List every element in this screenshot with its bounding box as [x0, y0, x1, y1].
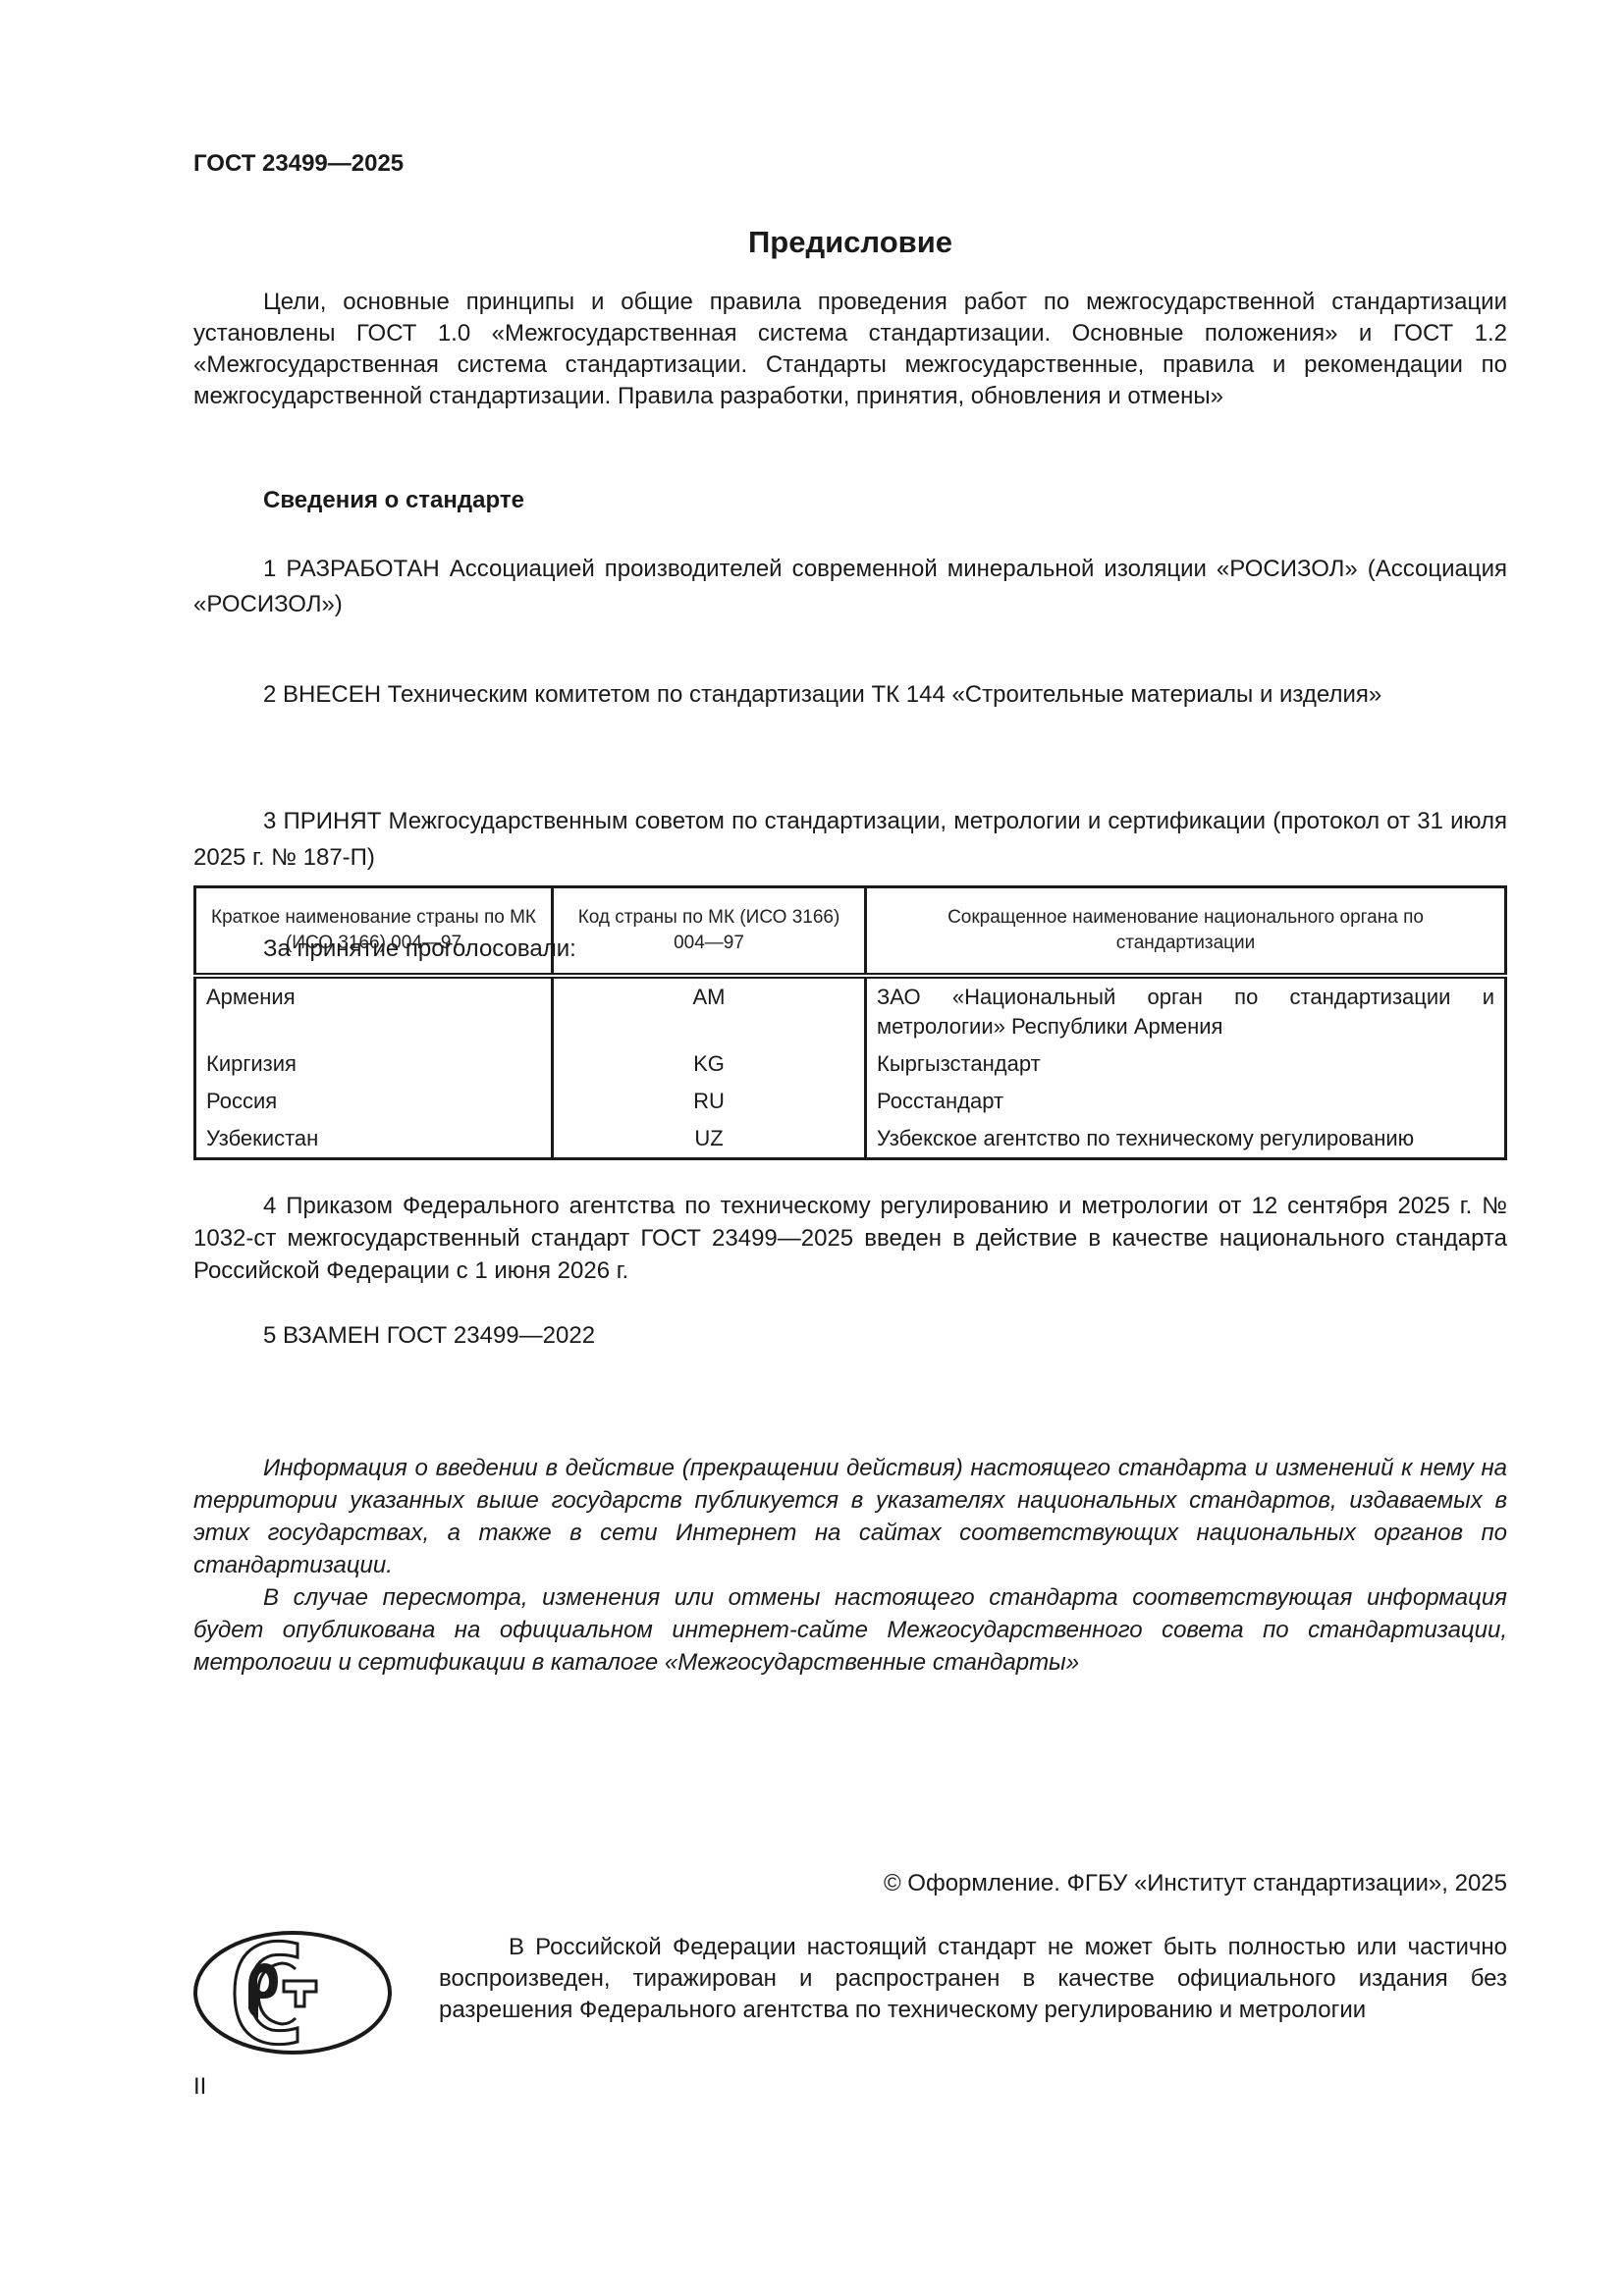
cell-country: Россия — [195, 1083, 553, 1120]
table-row: Россия RU Росстандарт — [195, 1083, 1506, 1120]
table-row: Киргизия KG Кыргызстандарт — [195, 1045, 1506, 1083]
cell-code: RU — [553, 1083, 866, 1120]
cell-country: Узбекистан — [195, 1120, 553, 1159]
info-item-developed: 1 РАЗРАБОТАН Ассоциацией производителей … — [193, 552, 1507, 622]
column-header-country: Краткое наименование страны по МК (ИСО 3… — [195, 887, 553, 977]
cell-code: UZ — [553, 1120, 866, 1159]
reproduction-rights-notice: В Российской Федерации настоящий стандар… — [439, 1932, 1507, 2026]
info-notice-paragraph: Информация о введении в действие (прекра… — [193, 1452, 1507, 1581]
rst-certification-mark-icon — [193, 1930, 392, 2056]
page-number: II — [193, 2071, 206, 2103]
cell-code: AM — [553, 976, 866, 1045]
table-row: Узбекистан UZ Узбекское агентство по тех… — [195, 1120, 1506, 1159]
column-header-code: Код страны по МК (ИСО 3166) 004—97 — [553, 887, 866, 977]
table-header-row: Краткое наименование страны по МК (ИСО 3… — [195, 887, 1506, 977]
cell-body: Кыргызстандарт — [866, 1045, 1506, 1083]
document-code-header: ГОСТ 23499—2025 — [193, 149, 1507, 179]
info-item-enacted: 4 Приказом Федерального агентства по тех… — [193, 1190, 1507, 1287]
voting-countries-table: Краткое наименование страны по МК (ИСО 3… — [193, 885, 1507, 1160]
info-item-submitted: 2 ВНЕСЕН Техническим комитетом по станда… — [193, 677, 1507, 713]
cell-body: ЗАО «Национальный орган по стандартизаци… — [866, 976, 1506, 1045]
cell-country: Киргизия — [195, 1045, 553, 1083]
page-title: Предисловие — [193, 224, 1507, 261]
copyright-notice: © Оформление. ФГБУ «Институт стандартиза… — [193, 1868, 1507, 1899]
info-item-adopted: 3 ПРИНЯТ Межгосударственным советом по с… — [193, 803, 1507, 876]
revision-notice-paragraph: В случае пересмотра, изменения или отмен… — [193, 1581, 1507, 1679]
table-row: Армения AM ЗАО «Национальный орган по ст… — [195, 976, 1506, 1045]
cell-body: Росстандарт — [866, 1083, 1506, 1120]
intro-paragraph: Цели, основные принципы и общие правила … — [193, 287, 1507, 412]
cell-code: KG — [553, 1045, 866, 1083]
section-heading: Сведения о стандарте — [193, 485, 1507, 516]
cell-country: Армения — [195, 976, 553, 1045]
cell-body: Узбекское агентство по техническому регу… — [866, 1120, 1506, 1159]
column-header-body: Сокращенное наименование национального о… — [866, 887, 1506, 977]
info-item-replaces: 5 ВЗАМЕН ГОСТ 23499—2022 — [193, 1320, 1507, 1352]
